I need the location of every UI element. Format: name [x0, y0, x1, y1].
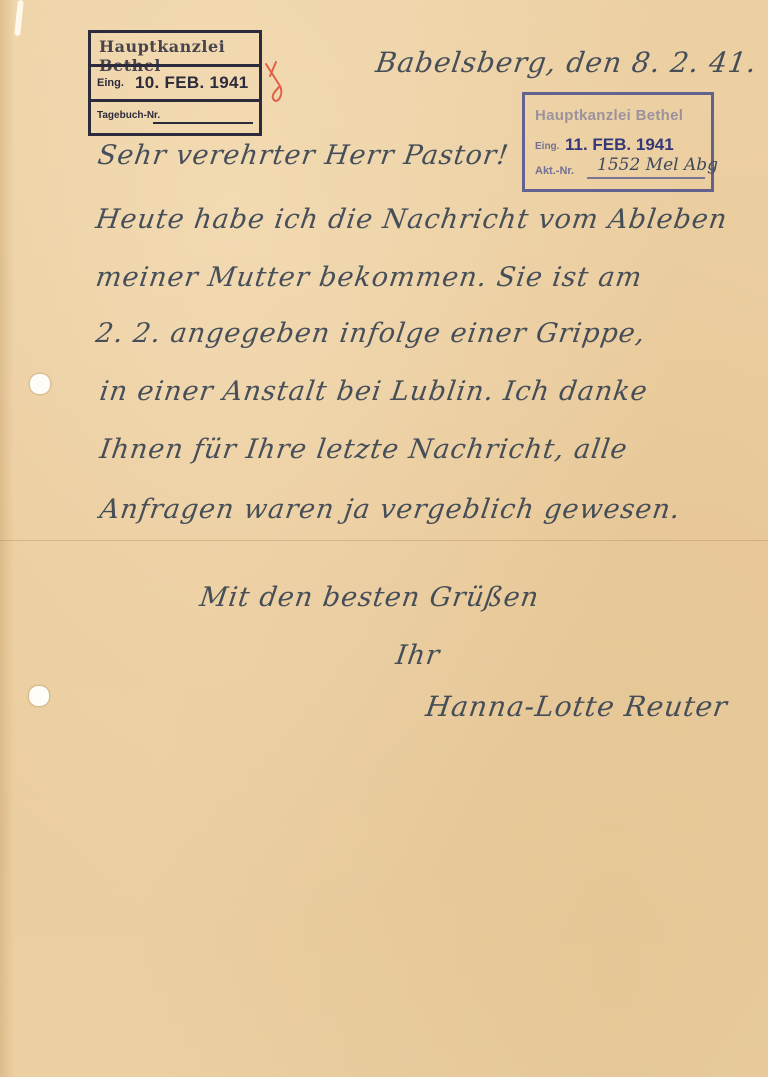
- letter-closing-ihr: Ihr: [394, 640, 442, 671]
- stamp-tagebuch-row: Tagebuch-Nr.: [91, 102, 259, 130]
- letter-body-line: in einer Anstalt bei Lublin. Ich danke: [98, 376, 650, 407]
- letter-place-date: Babelsberg, den 8. 2. 41.: [374, 46, 760, 79]
- letter-closing: Mit den besten Grüßen: [198, 582, 541, 613]
- stamp-tagebuch-label: Tagebuch-Nr.: [97, 110, 160, 121]
- letter-salutation: Sehr verehrter Herr Pastor!: [96, 140, 511, 171]
- stamp-eing-label: Eing.: [535, 141, 559, 152]
- punch-hole-bottom: [29, 686, 49, 706]
- stamp-akt-label: Akt.-Nr.: [535, 165, 574, 177]
- stamp-title-row: Hauptkanzlei Bethel: [91, 33, 259, 67]
- letter-body-line: Anfragen waren ja vergeblich gewesen.: [98, 494, 683, 525]
- punch-hole-top: [30, 374, 50, 394]
- stamp-date: 11. FEB. 1941: [565, 135, 674, 155]
- stamp-akt-value: 1552 Mel Abg: [597, 155, 718, 175]
- stamp-date: 10. FEB. 1941: [135, 73, 249, 93]
- stamp-akt-line: [587, 177, 705, 179]
- stamp-tagebuch-line: [153, 122, 253, 124]
- letter-body-line: Ihnen für Ihre letzte Nachricht, alle: [98, 434, 630, 465]
- letter-signature: Hanna-Lotte Reuter: [424, 690, 730, 723]
- paper-left-edge: [0, 0, 14, 1077]
- paper-fold-line: [0, 540, 768, 541]
- stamp-date-row: Eing. 10. FEB. 1941: [91, 67, 259, 102]
- red-pencil-mark-icon: [262, 60, 284, 106]
- stamp-title: Hauptkanzlei Bethel: [535, 107, 683, 124]
- letter-body-line: 2. 2. angegeben infolge einer Grippe,: [94, 318, 648, 349]
- letter-body-line: Heute habe ich die Nachricht vom Ableben: [94, 204, 730, 235]
- received-stamp-1: Hauptkanzlei Bethel Eing. 10. FEB. 1941 …: [88, 30, 262, 136]
- received-stamp-2: Hauptkanzlei Bethel Eing. 11. FEB. 1941 …: [522, 92, 714, 192]
- letter-body-line: meiner Mutter bekommen. Sie ist am: [94, 262, 645, 293]
- stamp-eing-label: Eing.: [97, 77, 124, 89]
